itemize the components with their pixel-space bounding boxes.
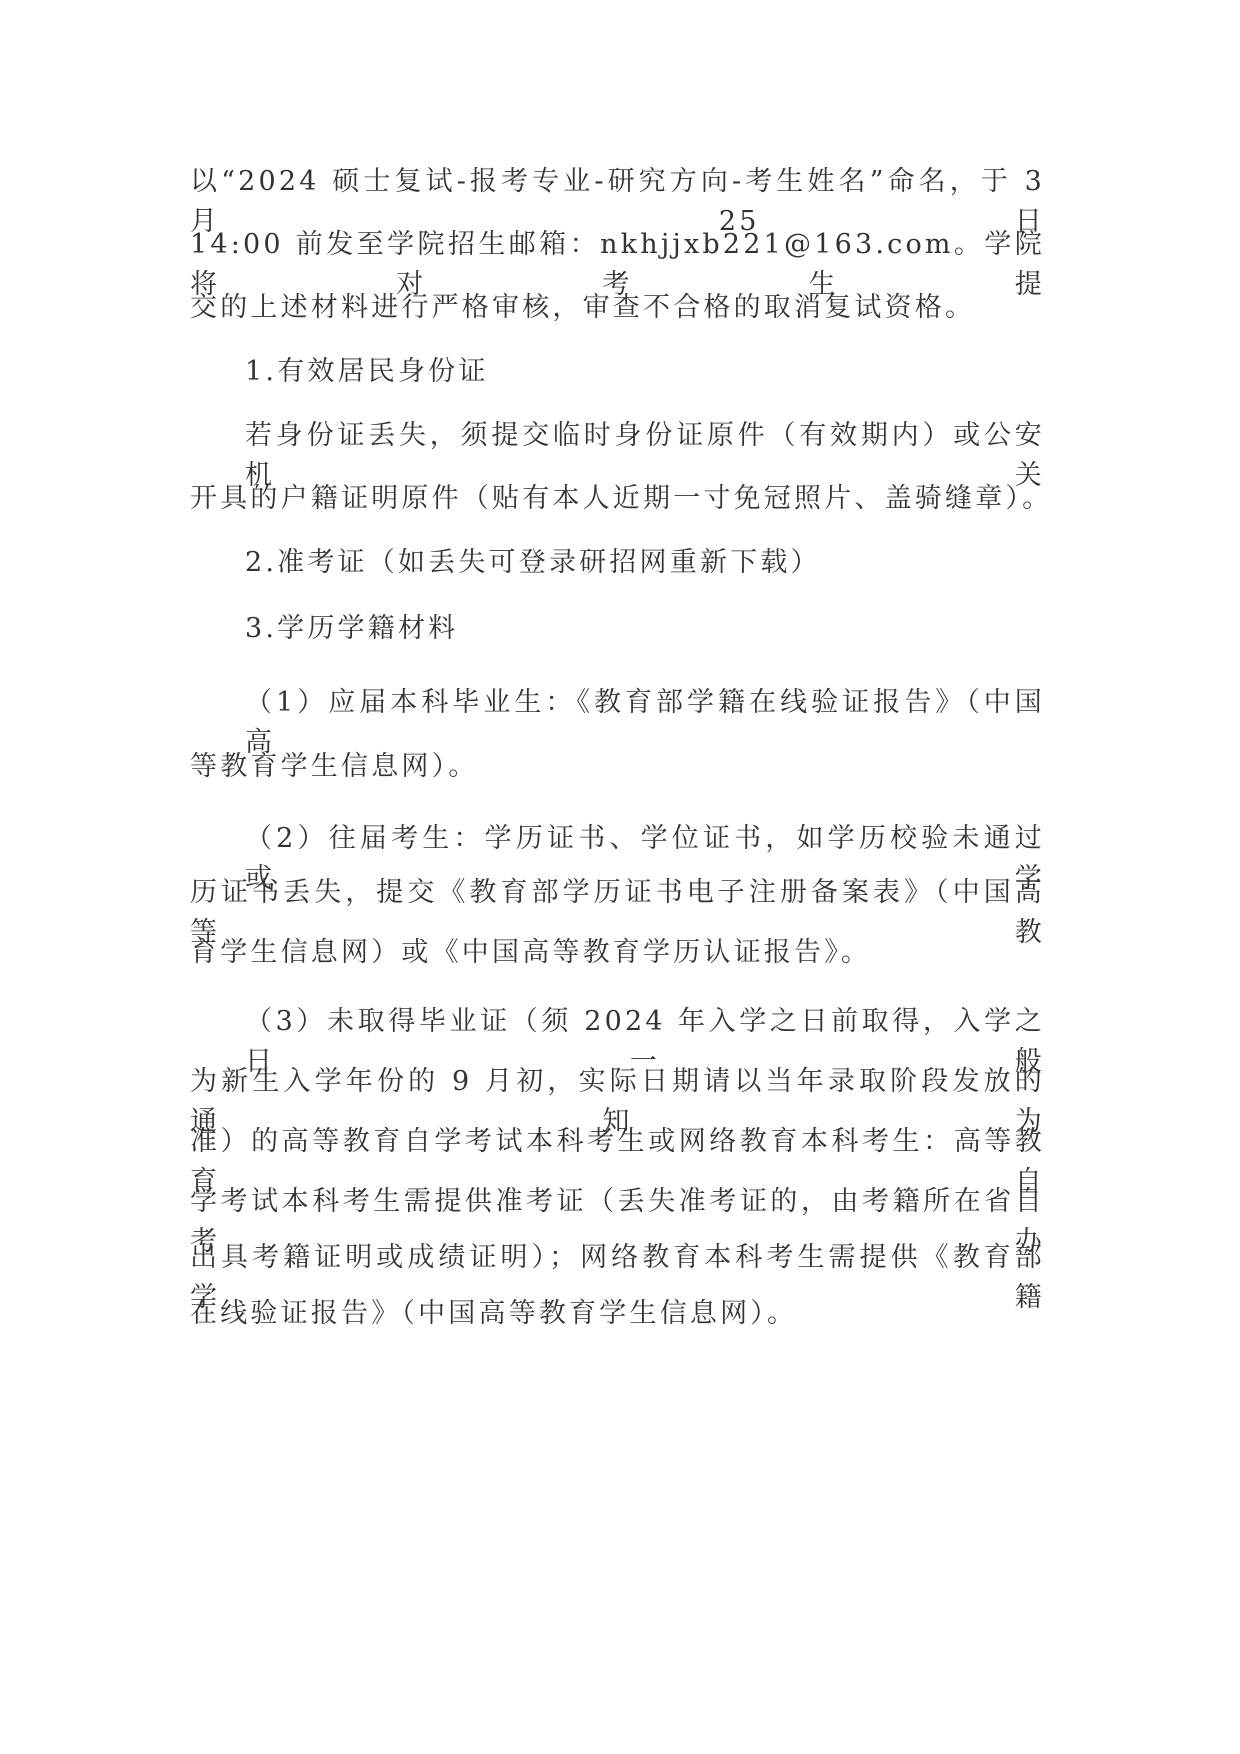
section-heading: 3.学历学籍材料 [245,609,1105,649]
section-heading: 1.有效居民身份证 [245,352,1105,392]
document-page: 以“2024 硕士复试-报考专业-研究方向-考生姓名”命名，于 3 月 25 日… [0,0,1240,1754]
text-line: 开具的户籍证明原件（贴有本人近期一寸免冠照片、盖骑缝章）。 [190,479,1050,519]
text-line: 在线验证报告》（中国高等教育学生信息网）。 [190,1294,1050,1334]
text-line: 育学生信息网）或《中国高等教育学历认证报告》。 [190,933,1050,973]
text-line: 交的上述材料进行严格审核，审查不合格的取消复试资格。 [190,288,1050,328]
text-line: 等教育学生信息网）。 [190,747,1050,787]
section-heading: 2.准考证（如丢失可登录研招网重新下载） [245,543,1105,583]
